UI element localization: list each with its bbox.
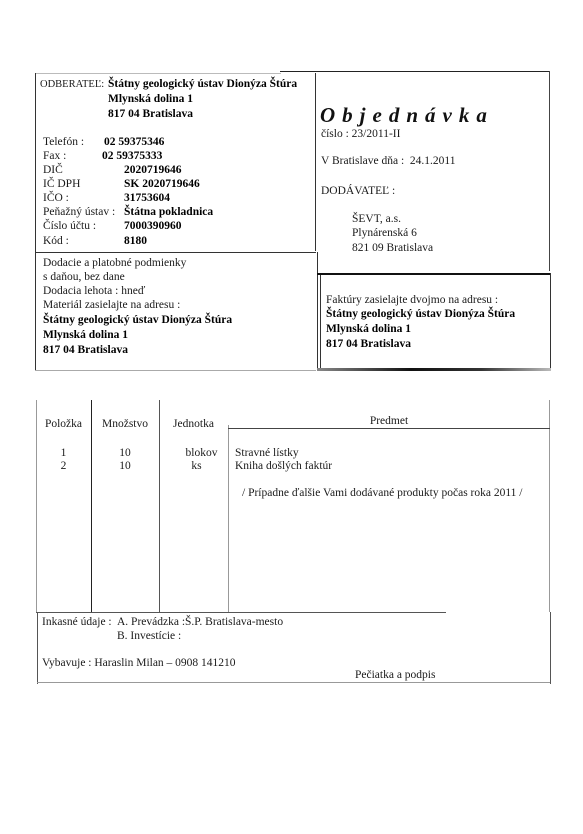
order-number-label: číslo : bbox=[321, 128, 349, 140]
divider bbox=[550, 273, 551, 370]
divider bbox=[549, 400, 550, 612]
divider bbox=[320, 275, 321, 370]
field-value: 2020719646 bbox=[124, 163, 182, 177]
header-quantity: Množstvo bbox=[91, 417, 159, 431]
field-value: 02 59375333 bbox=[102, 149, 162, 163]
field-value: 7000390960 bbox=[124, 219, 182, 233]
delivery-street: Mlynská dolina 1 bbox=[43, 328, 128, 342]
supplier-label: DODÁVATEĽ : bbox=[321, 184, 395, 198]
field-label: Číslo účtu : bbox=[43, 219, 96, 233]
divider bbox=[549, 71, 550, 271]
field-label: IČ DPH bbox=[43, 177, 80, 191]
field-value: 02 59375346 bbox=[104, 135, 164, 149]
divider bbox=[315, 73, 316, 251]
items-note: / Prípadne ďalšie Vami dodávané produkty… bbox=[242, 486, 523, 500]
field-value: SK 2020719646 bbox=[124, 177, 200, 191]
supplier-street: Plynárenská 6 bbox=[352, 226, 417, 240]
divider bbox=[317, 368, 551, 371]
stamp-signature-label: Pečiatka a podpis bbox=[355, 668, 435, 682]
field-label: IČO : bbox=[43, 191, 69, 205]
header-unit: Jednotka bbox=[159, 417, 228, 431]
delivery-deadline: Dodacia lehota : hneď bbox=[43, 284, 145, 298]
billing-label: Inkasné údaje : bbox=[42, 615, 112, 629]
divider bbox=[35, 252, 316, 253]
delivery-tax: s daňou, bez dane bbox=[43, 270, 125, 284]
invoice-city: 817 04 Bratislava bbox=[326, 337, 411, 351]
order-date: V Bratislave dňa : 24.1.2011 bbox=[321, 154, 455, 168]
billing-operations: A. Prevádzka :Š.P. Bratislava-mesto bbox=[117, 615, 283, 629]
row-unit: ks bbox=[159, 459, 234, 473]
divider bbox=[550, 612, 551, 684]
invoice-street: Mlynská dolina 1 bbox=[326, 322, 411, 336]
divider bbox=[91, 400, 92, 612]
customer-label: ODBERATEĽ: bbox=[40, 78, 104, 92]
header-subject: Predmet bbox=[228, 414, 550, 428]
divider bbox=[228, 428, 550, 429]
order-number-value: 23/2011-II bbox=[352, 128, 401, 140]
invoice-label: Faktúry zasielajte dvojmo na adresu : bbox=[326, 293, 498, 307]
divider bbox=[35, 73, 36, 370]
field-label: Kód : bbox=[43, 234, 69, 248]
divider bbox=[317, 252, 318, 370]
divider bbox=[37, 612, 38, 684]
handler: Vybavuje : Haraslin Milan – 0908 141210 bbox=[42, 656, 236, 670]
customer-city: 817 04 Bratislava bbox=[108, 107, 193, 121]
field-label: Fax : bbox=[43, 149, 66, 163]
order-date-label: V Bratislave dňa : bbox=[321, 155, 404, 167]
delivery-terms: Dodacie a platobné podmienky bbox=[43, 256, 186, 270]
delivery-name: Štátny geologický ústav Dionýza Štúra bbox=[43, 313, 232, 327]
header-item: Položka bbox=[36, 417, 91, 431]
divider bbox=[159, 400, 160, 612]
row-unit: blokov bbox=[159, 446, 244, 460]
row-quantity: 10 bbox=[91, 446, 159, 460]
supplier-city: 821 09 Bratislava bbox=[352, 241, 433, 255]
order-number: číslo : 23/2011-II bbox=[321, 127, 400, 141]
row-quantity: 10 bbox=[91, 459, 159, 473]
divider bbox=[36, 400, 37, 612]
divider bbox=[280, 71, 550, 72]
document-title: Objednávka bbox=[320, 103, 494, 127]
field-label: Peňažný ústav : bbox=[43, 205, 115, 219]
field-value: Štátna pokladnica bbox=[124, 205, 213, 219]
field-label: DIČ bbox=[43, 163, 63, 177]
customer-street: Mlynská dolina 1 bbox=[108, 92, 193, 106]
divider bbox=[35, 370, 316, 371]
field-value: 8180 bbox=[124, 234, 147, 248]
row-subject: Kniha došlých faktúr bbox=[235, 459, 332, 473]
customer-name: Štátny geologický ústav Dionýza Štúra bbox=[108, 77, 297, 91]
row-item: 1 bbox=[36, 446, 91, 460]
divider bbox=[317, 273, 550, 275]
divider bbox=[35, 73, 281, 74]
order-date-value: 24.1.2011 bbox=[410, 155, 456, 167]
billing-investments: B. Investície : bbox=[117, 629, 181, 643]
row-subject: Stravné lístky bbox=[235, 446, 299, 460]
delivery-address-label: Materiál zasielajte na adresu : bbox=[43, 298, 180, 312]
field-label: Telefón : bbox=[43, 135, 84, 149]
delivery-city: 817 04 Bratislava bbox=[43, 343, 128, 357]
row-item: 2 bbox=[36, 459, 91, 473]
field-value: 31753604 bbox=[124, 191, 170, 205]
divider bbox=[37, 682, 550, 683]
invoice-name: Štátny geologický ústav Dionýza Štúra bbox=[326, 307, 515, 321]
supplier-name: ŠEVT, a.s. bbox=[352, 212, 401, 226]
divider bbox=[36, 612, 446, 613]
